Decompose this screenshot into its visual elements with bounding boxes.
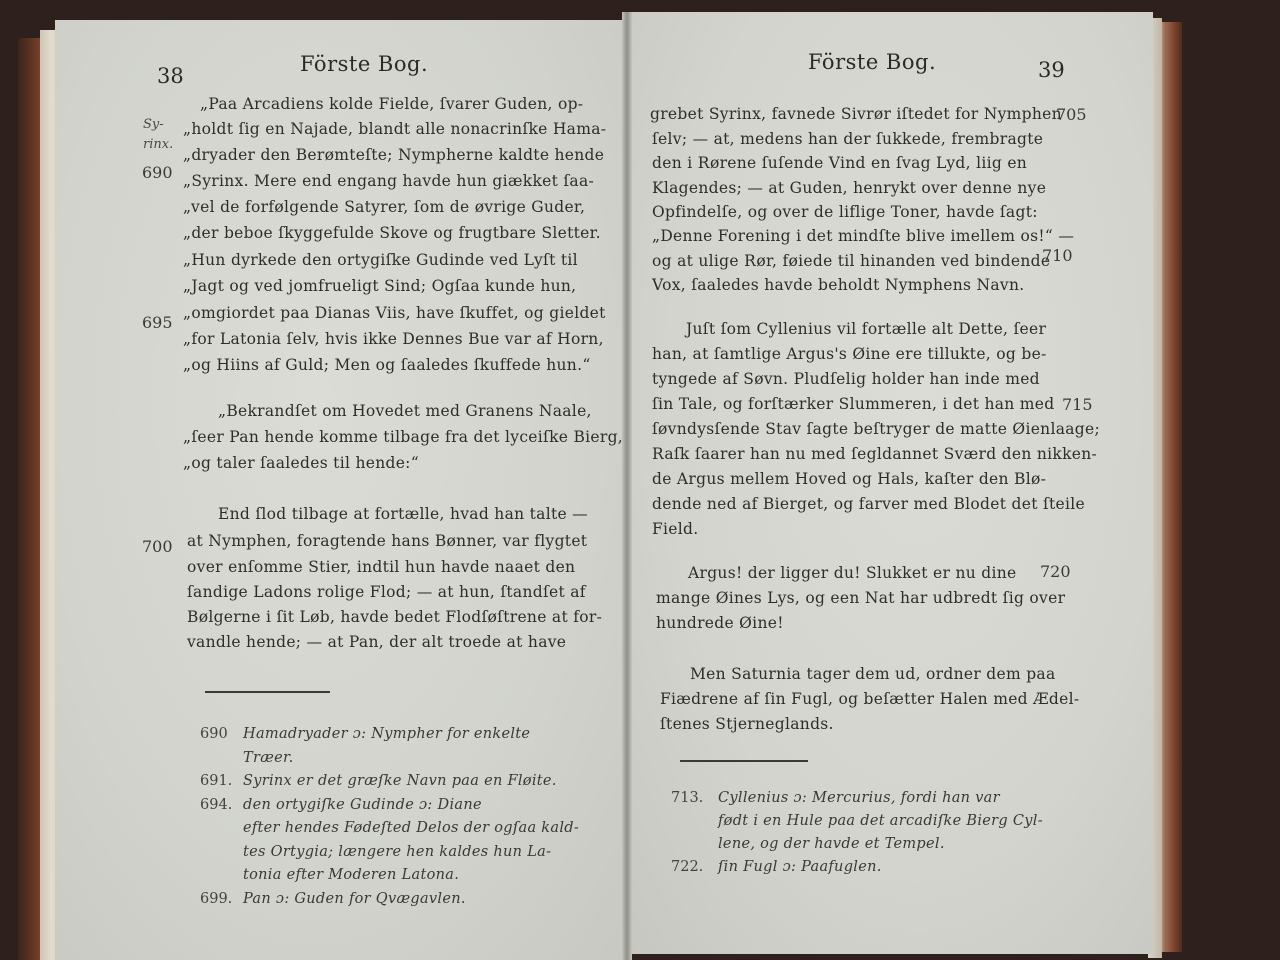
text-line: den i Rørene ſuſende Vind en ſvag Lyd, l… bbox=[652, 154, 1027, 172]
footnote-text: Træer. bbox=[243, 750, 294, 766]
text-line: „for Latonia ſelv, hvis ikke Dennes Bue … bbox=[183, 330, 604, 348]
text-line: han, at ſamtlige Argus's Øine ere tilluk… bbox=[652, 345, 1047, 363]
footnote-number: 694. bbox=[200, 797, 232, 813]
text-line: ſøvndysſende Stav ſagte beſtryger de mat… bbox=[652, 420, 1100, 438]
footnote-number: 690 bbox=[200, 726, 228, 742]
running-head-left: Förste Bog. bbox=[300, 52, 428, 76]
text-line: „Hun dyrkede den ortygiſke Gudinde ved L… bbox=[183, 251, 578, 269]
text-line: „der beboe ſkyggefulde Skove og frugtbar… bbox=[183, 224, 601, 242]
footnote-text: Pan ɔ: Guden for Qvægavlen. bbox=[243, 891, 466, 907]
text-line: „Bekrandſet om Hovedet med Granens Naale… bbox=[218, 402, 592, 420]
line-number: 700 bbox=[142, 537, 173, 556]
footnote-text: Cyllenius ɔ: Mercurius, fordi han var bbox=[718, 790, 1000, 806]
margin-note-syrinx: Sy- rinx. bbox=[143, 115, 173, 155]
margin-note-line: rinx. bbox=[143, 135, 173, 155]
text-line: „og Hiins af Guld; Men og ſaaledes ſkuff… bbox=[183, 356, 591, 374]
footnote-text: Hamadryader ɔ: Nympher for enkelte bbox=[243, 726, 530, 742]
text-line: Fiædrene af ſin Fugl, og beſætter Halen … bbox=[660, 690, 1079, 708]
text-line: „Jagt og ved jomfrueligt Sind; Ogſaa kun… bbox=[183, 277, 576, 295]
text-line: over enſomme Stier, indtil hun havde naa… bbox=[187, 558, 575, 576]
text-line: „Syrinx. Mere end engang havde hun giækk… bbox=[183, 172, 594, 190]
page-number-left: 38 bbox=[157, 64, 184, 88]
text-line: „Denne Forening i det mindſte blive imel… bbox=[652, 227, 1074, 245]
text-line: Bølgerne i ſit Løb, havde bedet Flodſøſt… bbox=[187, 608, 602, 626]
text-line: „Paa Arcadiens kolde Fielde, ſvarer Gude… bbox=[200, 95, 583, 113]
book-gutter bbox=[622, 12, 632, 960]
footnote-text: den ortygiſke Gudinde ɔ: Diane bbox=[243, 797, 482, 813]
text-line: ſandige Ladons rolige Flod; — at hun, ſt… bbox=[187, 583, 586, 601]
text-line: Opfindelſe, og over de liflige Toner, ha… bbox=[652, 203, 1038, 221]
text-line: „dryader den Berømteſte; Nympherne kaldt… bbox=[183, 146, 604, 164]
text-line: at Nymphen, foragtende hans Bønner, var … bbox=[187, 532, 587, 550]
footnote-text: efter hendes Fødeſted Delos der ogſaa ka… bbox=[243, 820, 579, 836]
text-line: vandle hende; — at Pan, der alt troede a… bbox=[187, 633, 566, 651]
footnote-text: ſin Fugl ɔ: Paafuglen. bbox=[718, 859, 882, 875]
text-line: Men Saturnia tager dem ud, ordner dem pa… bbox=[690, 665, 1056, 683]
text-line: ſin Tale, og forſtærker Slummeren, i det… bbox=[652, 395, 1054, 413]
text-line: og at ulige Rør, føiede til hinanden ved… bbox=[652, 252, 1050, 270]
text-line: „holdt ſig en Najade, blandt alle nonacr… bbox=[183, 120, 606, 138]
text-line: tyngede af Søvn. Pludſelig holder han in… bbox=[652, 370, 1040, 388]
footnote-rule-left bbox=[205, 691, 330, 693]
text-line: de Argus mellem Hoved og Hals, kaſter de… bbox=[652, 470, 1046, 488]
text-line: „ſeer Pan hende komme tilbage fra det ly… bbox=[183, 428, 623, 446]
text-line: dende ned af Bierget, og farver med Blod… bbox=[652, 495, 1085, 513]
text-line: hundrede Øine! bbox=[656, 614, 784, 632]
text-line: Juſt ſom Cyllenius vil fortælle alt Dett… bbox=[686, 320, 1046, 338]
footnote-number: 699. bbox=[200, 891, 232, 907]
text-line: grebet Syrinx, favnede Sivrør iſtedet fo… bbox=[650, 105, 1062, 123]
running-head-right: Förste Bog. bbox=[808, 50, 936, 74]
line-number: 690 bbox=[142, 163, 173, 182]
line-number: 720 bbox=[1040, 562, 1071, 581]
text-line: „og taler ſaaledes til hende:“ bbox=[183, 454, 419, 472]
margin-note-line: Sy- bbox=[143, 115, 173, 135]
page-number-right: 39 bbox=[1038, 58, 1065, 82]
footnote-text: lene, og der havde et Tempel. bbox=[718, 836, 945, 852]
footnote-number: 713. bbox=[671, 790, 703, 806]
footnote-text: tonia efter Moderen Latona. bbox=[243, 867, 459, 883]
line-number: 695 bbox=[142, 313, 173, 332]
footnote-text: Syrinx er det græſke Navn paa en Fløite. bbox=[243, 773, 557, 789]
text-line: Vox, ſaaledes havde beholdt Nymphens Nav… bbox=[652, 276, 1025, 294]
footnote-number: 691. bbox=[200, 773, 232, 789]
footnote-text: tes Ortygia; længere hen kaldes hun La- bbox=[243, 844, 551, 860]
text-line: „omgiordet paa Dianas Viis, have ſkuffet… bbox=[183, 304, 606, 322]
text-line: Klagendes; — at Guden, henrykt over denn… bbox=[652, 179, 1046, 197]
line-number: 715 bbox=[1062, 395, 1093, 414]
footnote-number: 722. bbox=[671, 859, 703, 875]
text-line: ſtenes Stjernеglands. bbox=[660, 715, 834, 733]
text-line: ſelv; — at, medens han der ſukkede, frem… bbox=[652, 130, 1043, 148]
text-line: „vel de forfølgende Satyrer, ſom de øvri… bbox=[183, 198, 585, 216]
footnote-text: født i en Hule paa det arcadiſke Bierg C… bbox=[718, 813, 1043, 829]
text-line: mange Øines Lys, og een Nat har udbredt … bbox=[656, 589, 1065, 607]
text-line: Argus! der ligger du! Slukket er nu dine bbox=[688, 564, 1017, 582]
text-line: End ſlod tilbage at fortælle, hvad han t… bbox=[218, 505, 588, 523]
text-line: Raſk ſaarer han nu med ſegldannet Sværd … bbox=[652, 445, 1097, 463]
text-line: Field. bbox=[652, 520, 699, 538]
footnote-rule-right bbox=[680, 760, 808, 762]
